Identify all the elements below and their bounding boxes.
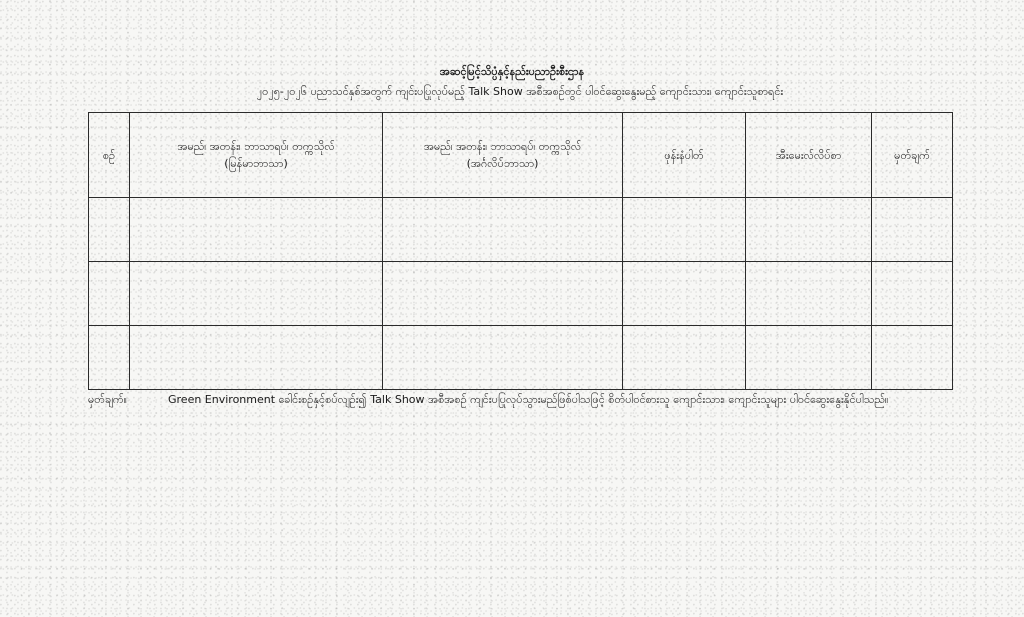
cell-phone: [623, 262, 746, 326]
cell-name-myanmar: [130, 198, 383, 262]
cell-serial: [89, 326, 130, 390]
cell-email: [746, 198, 872, 262]
document-subtitle: ၂၀၂၅-၂၀၂၆ ပညာသင်နှစ်အတွက် ကျင်းပပြုလုပ်မ…: [0, 84, 1024, 100]
cell-name-myanmar: [130, 262, 383, 326]
column-header-label: စဉ်: [103, 149, 115, 162]
cell-name-english: [383, 326, 623, 390]
column-header-label: မှတ်ချက်: [894, 149, 930, 162]
cell-email: [746, 326, 872, 390]
column-header-sublabel: (မြန်မာဘာသာ): [130, 155, 382, 172]
column-header-remarks: မှတ်ချက်: [872, 113, 953, 198]
footnote-label: မှတ်ချက်။: [88, 390, 127, 410]
column-header-serial: စဉ်: [89, 113, 130, 198]
column-header-label: အမည်၊ အတန်း၊ ဘာသာရပ်၊ တက္ကသိုလ်: [130, 138, 382, 155]
column-header-label: အီးမေးလ်လိပ်စာ: [776, 149, 842, 162]
document-title: အဆင့်မြင့်သိပ္ပံနှင့်နည်းပညာဦးစီးဌာန: [0, 64, 1024, 80]
column-header-sublabel: (အင်္ဂလိပ်ဘာသာ): [383, 155, 622, 172]
cell-serial: [89, 198, 130, 262]
column-header-name-myanmar: အမည်၊ အတန်း၊ ဘာသာရပ်၊ တက္ကသိုလ် (မြန်မာဘ…: [130, 113, 383, 198]
column-header-label: အမည်၊ အတန်း၊ ဘာသာရပ်၊ တက္ကသိုလ်: [383, 138, 622, 155]
cell-remarks: [872, 326, 953, 390]
cell-email: [746, 262, 872, 326]
table-header-row: စဉ် အမည်၊ အတန်း၊ ဘာသာရပ်၊ တက္ကသိုလ် (မြန…: [89, 113, 953, 198]
cell-name-english: [383, 262, 623, 326]
cell-serial: [89, 262, 130, 326]
table-row: [89, 326, 953, 390]
cell-name-english: [383, 198, 623, 262]
cell-name-myanmar: [130, 326, 383, 390]
column-header-name-english: အမည်၊ အတန်း၊ ဘာသာရပ်၊ တက္ကသိုလ် (အင်္ဂလိ…: [383, 113, 623, 198]
cell-phone: [623, 198, 746, 262]
cell-remarks: [872, 262, 953, 326]
footnote-text: Green Environment ခေါင်းစဉ်နှင့်စပ်လျဉ်း…: [168, 390, 938, 410]
table-row: [89, 198, 953, 262]
column-header-email: အီးမေးလ်လိပ်စာ: [746, 113, 872, 198]
column-header-label: ဖုန်းနံပါတ်: [664, 149, 703, 162]
cell-phone: [623, 326, 746, 390]
column-header-phone: ဖုန်းနံပါတ်: [623, 113, 746, 198]
participant-roster-table: စဉ် အမည်၊ အတန်း၊ ဘာသာရပ်၊ တက္ကသိုလ် (မြန…: [88, 112, 953, 390]
table-row: [89, 262, 953, 326]
cell-remarks: [872, 198, 953, 262]
